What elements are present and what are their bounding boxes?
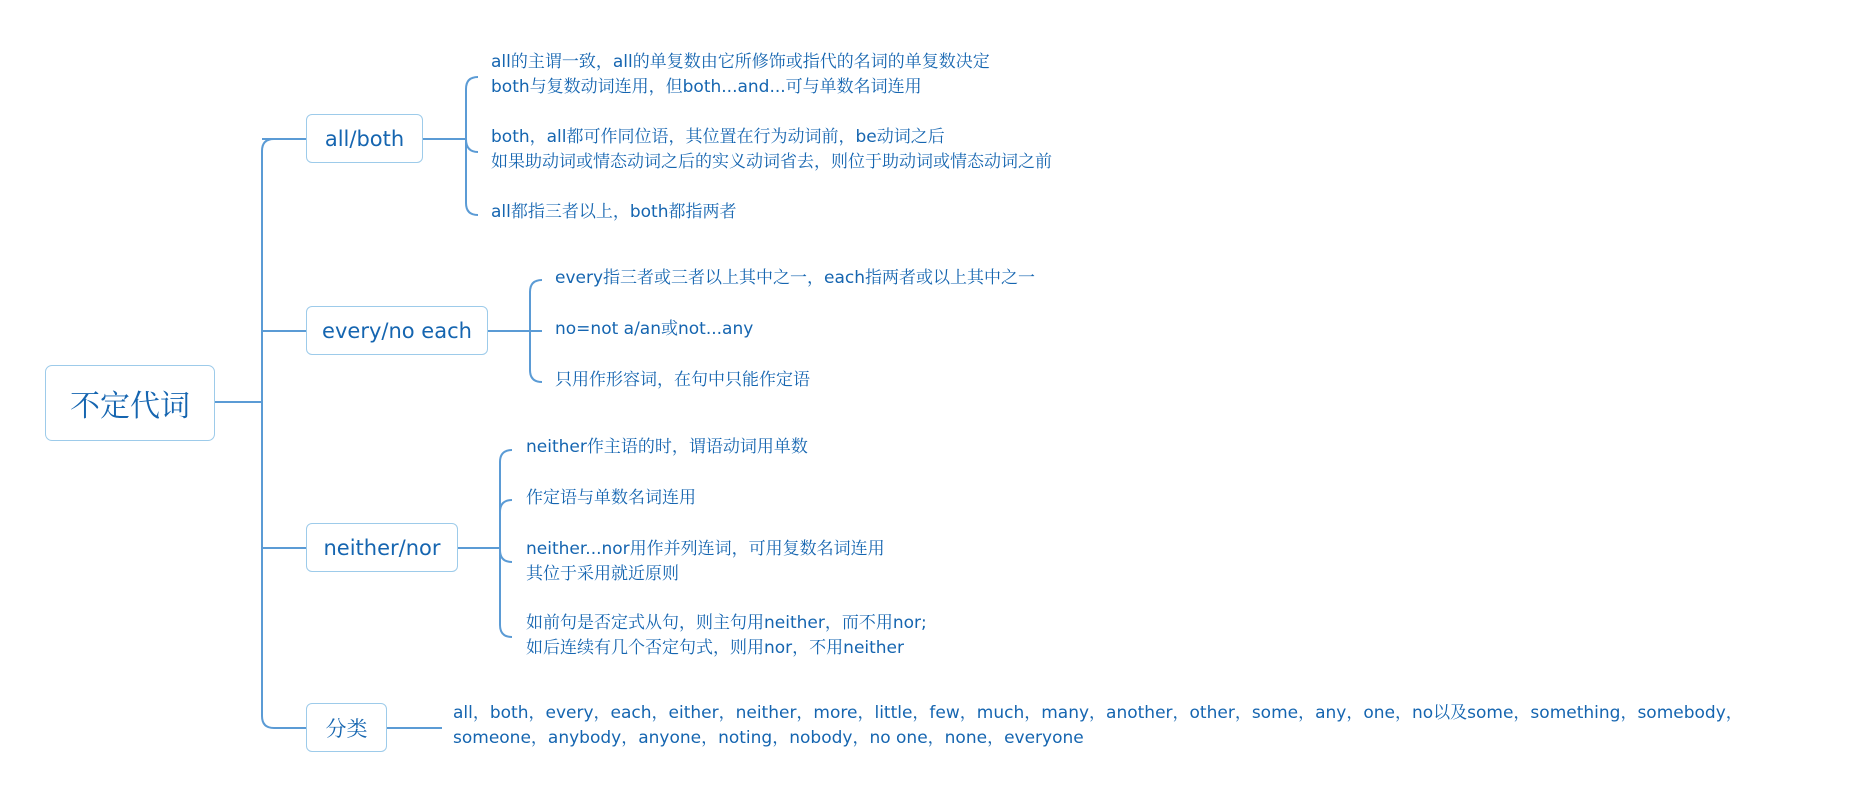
branch-label: neither/nor: [323, 536, 440, 560]
leaf-all-both-2[interactable]: both，all都可作同位语，其位置在行为动词前，be动词之后 如果助动词或情态…: [491, 125, 1052, 175]
root-label: 不定代词: [70, 381, 190, 425]
leaf-line: all，both，every，each，either，neither，more，…: [453, 701, 1743, 726]
leaf-every-3[interactable]: 只用作形容词，在句中只能作定语: [555, 368, 810, 393]
branch-neither-nor[interactable]: neither/nor: [306, 523, 458, 572]
leaf-every-2[interactable]: no=not a/an或not...any: [555, 317, 753, 342]
leaf-every-1[interactable]: every指三者或三者以上其中之一，each指两者或以上其中之一: [555, 266, 1035, 291]
root-node[interactable]: 不定代词: [45, 365, 215, 441]
leaf-line: 作定语与单数名词连用: [526, 486, 696, 511]
branch-all-both[interactable]: all/both: [306, 114, 423, 163]
leaf-all-both-1[interactable]: all的主谓一致，all的单复数由它所修饰或指代的名词的单复数决定 both与复…: [491, 50, 990, 100]
leaf-line: both，all都可作同位语，其位置在行为动词前，be动词之后: [491, 125, 1052, 150]
leaf-line: 其位于采用就近原则: [526, 562, 885, 587]
branch-label: all/both: [325, 127, 404, 151]
leaf-neither-2[interactable]: 作定语与单数名词连用: [526, 486, 696, 511]
branch-label: every/no each: [322, 319, 472, 343]
branch-label: 分类: [326, 713, 368, 743]
leaf-line: 如前句是否定式从句，则主句用neither，而不用nor;: [526, 611, 927, 636]
leaf-line: neither作主语的时，谓语动词用单数: [526, 435, 808, 460]
leaf-line: both与复数动词连用，但both...and...可与单数名词连用: [491, 75, 990, 100]
branch-every-no-each[interactable]: every/no each: [306, 306, 488, 355]
leaf-line: no=not a/an或not...any: [555, 317, 753, 342]
leaf-line: neither...nor用作并列连词，可用复数名词连用: [526, 537, 885, 562]
leaf-line: 如果助动词或情态动词之后的实义动词省去，则位于助动词或情态动词之前: [491, 150, 1052, 175]
branch-classification[interactable]: 分类: [306, 703, 387, 752]
leaf-neither-3[interactable]: neither...nor用作并列连词，可用复数名词连用 其位于采用就近原则: [526, 537, 885, 587]
leaf-line: all都指三者以上，both都指两者: [491, 200, 737, 225]
leaf-all-both-3[interactable]: all都指三者以上，both都指两者: [491, 200, 737, 225]
leaf-line: every指三者或三者以上其中之一，each指两者或以上其中之一: [555, 266, 1035, 291]
leaf-neither-1[interactable]: neither作主语的时，谓语动词用单数: [526, 435, 808, 460]
leaf-neither-4[interactable]: 如前句是否定式从句，则主句用neither，而不用nor; 如后连续有几个否定句…: [526, 611, 927, 661]
leaf-line: 如后连续有几个否定句式，则用nor，不用neither: [526, 636, 927, 661]
connector-lines: [0, 0, 1860, 798]
leaf-line: 只用作形容词，在句中只能作定语: [555, 368, 810, 393]
leaf-line: someone，anybody，anyone，noting，nobody，no …: [453, 726, 1743, 751]
leaf-classification-1[interactable]: all，both，every，each，either，neither，more，…: [453, 701, 1743, 751]
leaf-line: all的主谓一致，all的单复数由它所修饰或指代的名词的单复数决定: [491, 50, 990, 75]
